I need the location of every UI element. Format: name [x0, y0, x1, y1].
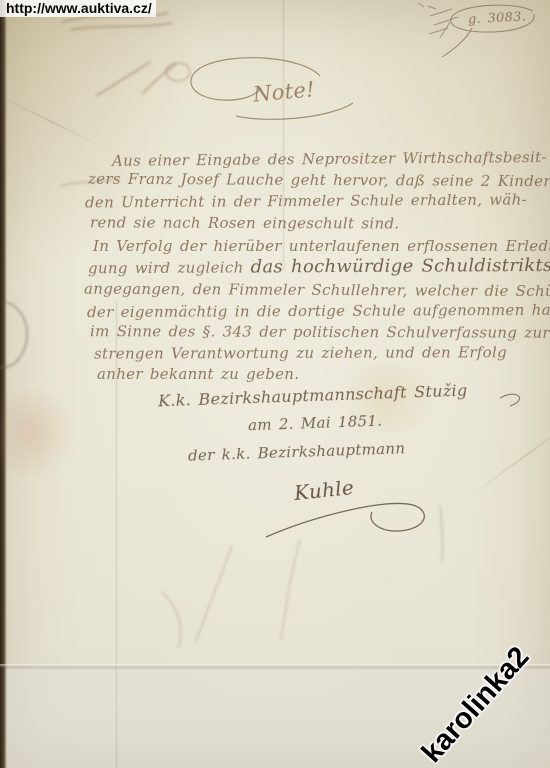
reference-number: g. 3083. [468, 9, 527, 27]
scanned-letter: g. 3083. Note! Aus einer Eingabe des Nep… [0, 0, 550, 768]
letter-line: rend sie nach Rosen eingeschult sind. [90, 213, 399, 232]
letter-line: zers Franz Josef Lauche geht hervor, daß… [88, 170, 550, 190]
letter-line-text: gung wird zugleich [88, 258, 251, 277]
scan-edge [0, 0, 7, 768]
letter-line: anher bekannt zu geben. [97, 365, 299, 383]
letter-line: gung wird zugleich das hochwürdige Schul… [88, 255, 550, 279]
letter-line: strengen Verantwortung zu ziehen, und de… [94, 343, 507, 362]
emphasized-phrase: das hochwürdige Schuldistriktsamt [251, 255, 550, 278]
letter-line: den Unterricht in der Fimmeler Schule er… [85, 190, 527, 211]
fold-crease-horizontal [0, 664, 550, 670]
letter-line: im Sinne des §. 343 der politischen Schu… [90, 322, 550, 342]
watermark-site-url: http://www.auktiva.cz/ [0, 0, 156, 17]
letter-line: angegangen, den Fimmeler Schullehrer, we… [84, 280, 550, 301]
letter-line: In Verfolg der hierüber unterlaufenen er… [93, 237, 550, 255]
letter-line: Aus einer Eingabe des Neprositzer Wirths… [112, 148, 547, 170]
letter-line: der eigenmächtig in die dortige Schule a… [87, 301, 550, 321]
